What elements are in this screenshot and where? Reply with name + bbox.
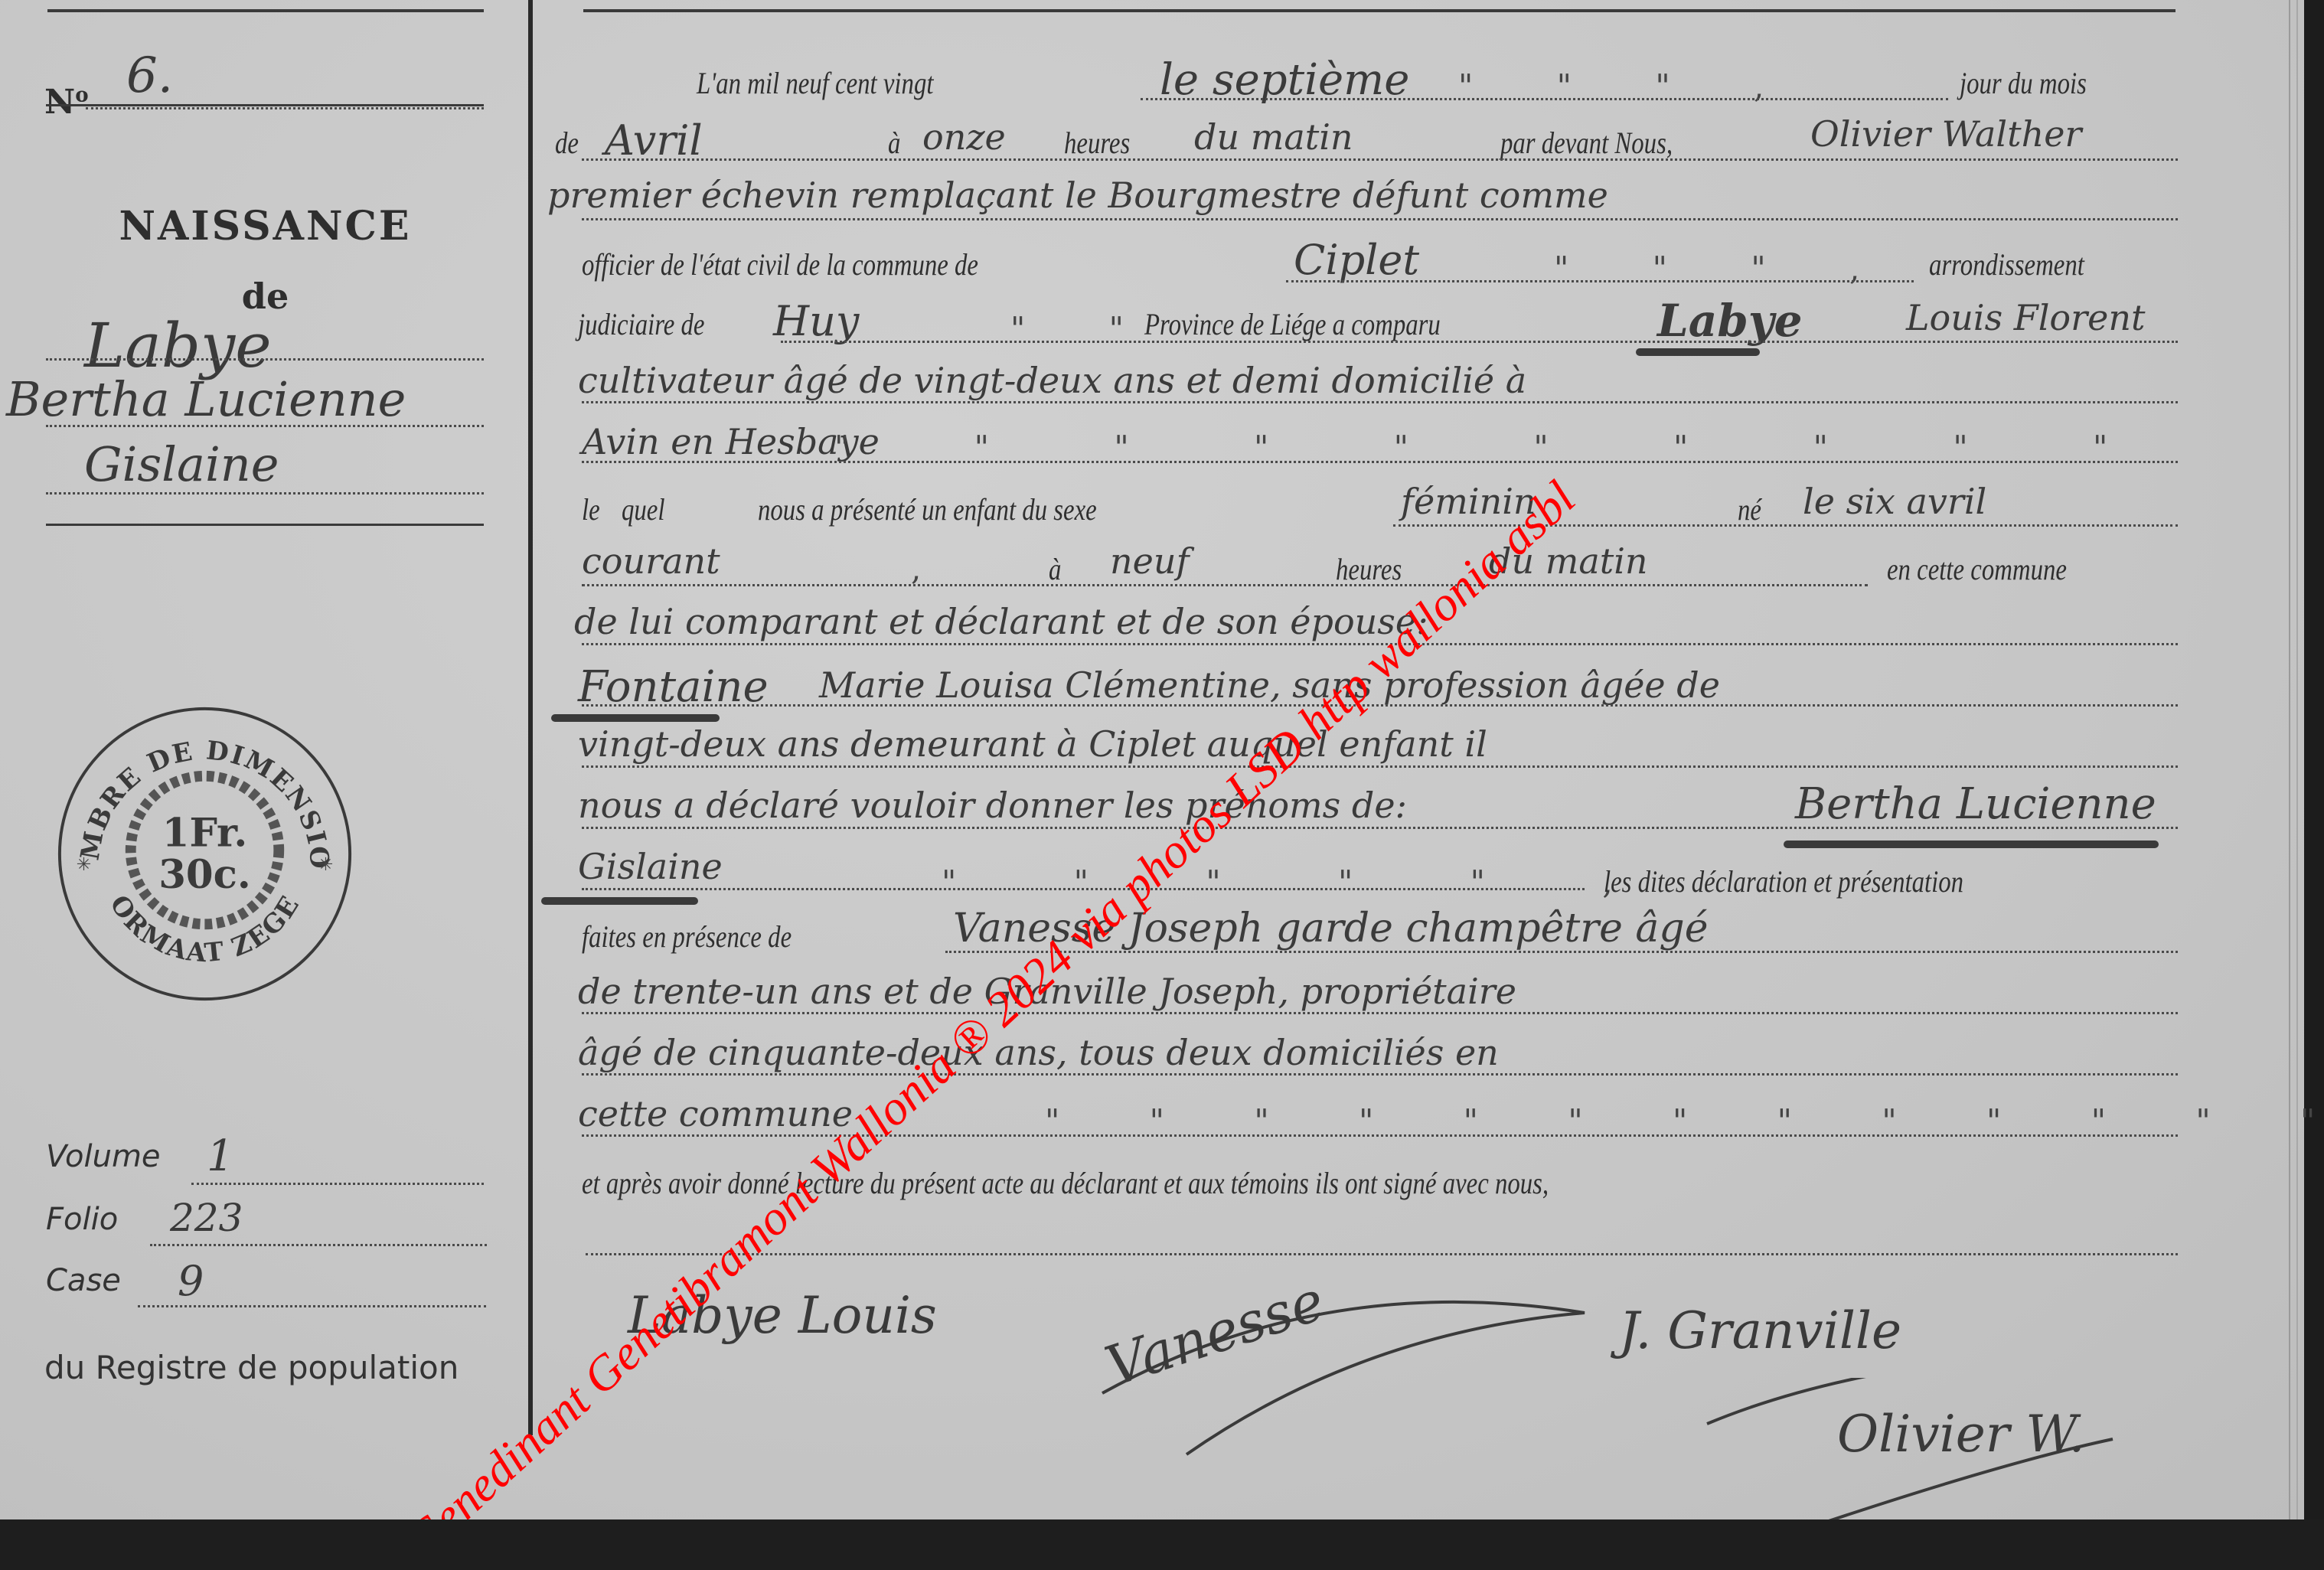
after-number-rule	[46, 104, 484, 106]
fill-line	[582, 584, 1868, 586]
handwritten-officer-name: Olivier Walther	[1810, 113, 2081, 155]
fill-line	[582, 218, 2178, 220]
printed-text: faites en présence de	[582, 919, 792, 955]
printed-text: jour du mois	[1960, 65, 2087, 101]
handwritten-officer-title: premier échevin remplaçant le Bourgmestr…	[547, 175, 1608, 216]
printed-text: judiciaire de	[578, 306, 704, 342]
fill-line	[781, 341, 2178, 343]
handwritten-mother-age-residence: vingt-deux ans demeurant à Ciplet auquel…	[578, 723, 1487, 765]
folio-value: 223	[170, 1196, 243, 1240]
fill-line	[582, 158, 2178, 161]
volume-label: Volume	[46, 1139, 161, 1174]
handwritten-parentage: de lui comparant et déclarant et de son …	[574, 601, 1428, 642]
case-value: 9	[178, 1257, 204, 1305]
volume-dotted-line	[191, 1183, 484, 1185]
fill-line	[582, 704, 2178, 707]
signature-witness-2: J. Granville	[1619, 1301, 1901, 1360]
column-divider	[528, 0, 533, 1435]
handwritten-child-given-name-3: Gislaine	[578, 846, 723, 887]
signature-dotted-line	[586, 1253, 2178, 1255]
handwritten-commune: Ciplet	[1294, 236, 1419, 284]
case-label: Case	[46, 1263, 121, 1298]
fill-line	[582, 461, 2178, 463]
printed-text: heures	[1336, 551, 1402, 587]
handwritten-hour: onze	[922, 116, 1006, 158]
page-edge	[2289, 0, 2298, 1519]
handwritten-arrondissement: Huy	[773, 297, 859, 345]
surname-underline	[1636, 348, 1760, 356]
subject-given-names-1: Bertha Lucienne	[6, 371, 406, 427]
printed-text: en cette commune	[1887, 551, 2067, 587]
given-names-1-dotted-line	[46, 425, 484, 427]
printed-text: nous a présenté un enfant du sexe	[758, 491, 1097, 527]
top-rule-left	[47, 9, 484, 12]
volume-value: 1	[207, 1131, 234, 1181]
case-dotted-line	[138, 1305, 486, 1307]
fill-line	[582, 401, 2178, 403]
handwritten-month: Avril	[605, 116, 703, 165]
printed-text: arrondissement	[1929, 246, 2084, 282]
handwritten-child-given-names: Bertha Lucienne	[1795, 779, 2156, 829]
after-names-rule	[46, 524, 484, 526]
mother-surname-underline	[551, 714, 720, 722]
printed-text: Province de Liége a comparu	[1144, 306, 1441, 342]
fill-line	[582, 1012, 2178, 1014]
printed-text: heures	[1064, 125, 1130, 161]
handwritten-time-of-day: du matin	[1194, 116, 1353, 158]
top-rule-right	[583, 9, 2175, 12]
printed-text: L'an mil neuf cent vingt	[697, 65, 933, 101]
given-names-2-dotted-line	[46, 492, 484, 495]
child-names-underline	[1784, 840, 2159, 848]
handwritten-declarant-surname: Labye	[1657, 295, 1803, 347]
surname-dotted-line	[46, 358, 484, 361]
folio-label: Folio	[46, 1202, 118, 1237]
ditto-marks: ,	[911, 550, 958, 587]
signature-witness-1-flourish-icon	[1095, 1286, 1646, 1485]
printed-text: le	[582, 491, 600, 527]
handwritten-declarant-given-names: Louis Florent	[1906, 297, 2145, 338]
svg-text:✳: ✳	[77, 855, 92, 875]
printed-text: né	[1738, 491, 1761, 527]
fiscal-stamp-icon: TIMBRE DE DIMENSION FORMAAT ZEGEL 1Fr. 3…	[54, 703, 356, 1005]
printed-text: par devant Nous,	[1500, 125, 1673, 161]
printed-text: quel	[622, 491, 664, 527]
ditto-marks: " " " " " ,	[942, 863, 1666, 901]
fill-line	[582, 1073, 2178, 1075]
printed-text: à	[888, 125, 900, 161]
printed-text: de	[555, 125, 579, 161]
handwritten-birth-hour: neuf	[1110, 540, 1190, 582]
handwritten-birth-date: le six avril	[1803, 481, 1986, 522]
handwritten-declarant-details: cultivateur âgé de vingt-deux ans et dem…	[578, 360, 1526, 401]
act-number-label: No	[44, 83, 89, 122]
handwritten-witness-residence: cette commune	[578, 1093, 853, 1134]
population-register-label: du Registre de population	[44, 1349, 459, 1386]
handwritten-birth-month-ref: courant	[582, 540, 720, 582]
act-number-value: 6.	[126, 47, 173, 104]
fill-line	[582, 765, 2178, 768]
scan-bottom-border	[0, 1519, 2324, 1570]
record-type-title: NAISSANCE	[0, 203, 530, 250]
fill-line	[582, 827, 2178, 829]
fill-line	[582, 888, 1585, 890]
fill-line	[1286, 280, 1914, 282]
printed-closing-text: et après avoir donné lecture du présent …	[582, 1165, 1549, 1201]
handwritten-naming-declaration: nous a déclaré vouloir donner les prénom…	[578, 785, 1407, 826]
signature-flourish-icon	[1684, 1378, 2220, 1531]
handwritten-mother-details: Marie Louisa Clémentine, sans profession…	[819, 664, 1720, 706]
svg-text:✳: ✳	[318, 855, 334, 875]
printed-text: officier de l'état civil de la commune d…	[582, 246, 978, 282]
printed-text: à	[1049, 551, 1061, 587]
subject-given-names-2: Gislaine	[84, 436, 279, 492]
child-name-3-underline	[541, 897, 698, 905]
svg-text:30c.: 30c.	[158, 852, 251, 898]
number-dotted-line	[86, 107, 484, 109]
civil-record-page: No 6. NAISSANCE de Labye Bertha Lucienne…	[0, 0, 2304, 1519]
fill-line	[945, 951, 2178, 953]
fill-line	[1141, 98, 1948, 100]
printed-text: les dites déclaration et présentation	[1604, 863, 1963, 899]
folio-dotted-line	[150, 1244, 487, 1246]
handwritten-witness-2-details: âgé de cinquante-deux ans, tous deux dom…	[578, 1032, 1499, 1073]
svg-text:1Fr.: 1Fr.	[162, 811, 248, 857]
